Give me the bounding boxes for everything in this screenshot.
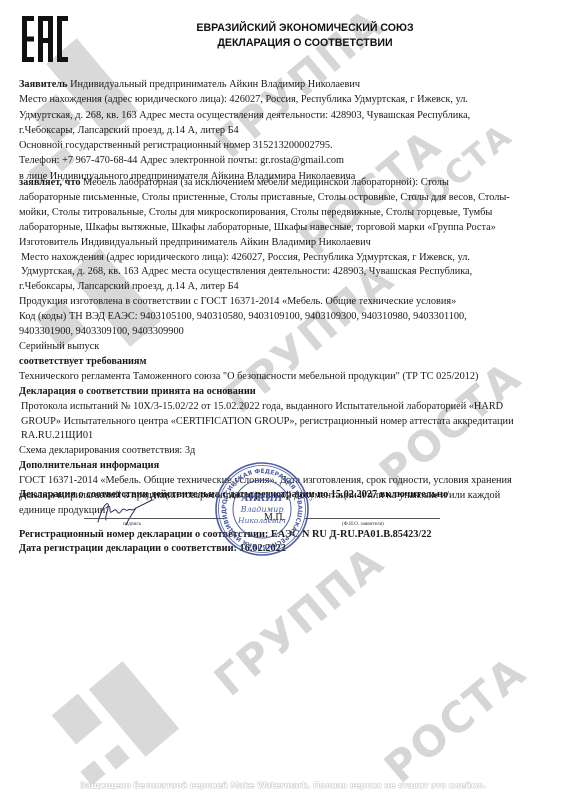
applicant-contacts: Телефон: +7 967-470-68-44 Адрес электрон… [19,153,549,168]
document-header: ЕВРАЗИЙСКИЙ ЭКОНОМИЧЕСКИЙ СОЮЗ ДЕКЛАРАЦИ… [140,21,470,51]
applicant-address-line: Место нахождения (адрес юридического лиц… [19,92,549,107]
manufacturer: Изготовитель Индивидуальный предпринимат… [19,236,549,251]
manufacturer-address-line: Место нахождения (адрес юридического лиц… [19,251,549,266]
declares-label: заявляет, что [19,177,81,188]
document-content: ЕВРАЗИЙСКИЙ ЭКОНОМИЧЕСКИЙ СОЮЗ ДЕКЛАРАЦИ… [0,0,566,800]
signature-line [84,518,224,519]
name-line [305,518,440,519]
product-line: лабораторные письменные, Столы пристенны… [19,191,549,206]
declaration-page: ГРУППА РОСТА ГРУППА РОСТА ГРУППА РОСТА Р… [0,0,566,800]
signature-caption: подпись [123,521,141,527]
applicant-address-line: Удмуртская, д. 268, кв. 163 Адрес места … [19,108,549,123]
stamp-center-line: АЙКИН [240,491,283,504]
header-union-title: ЕВРАЗИЙСКИЙ ЭКОНОМИЧЕСКИЙ СОЮЗ [140,21,470,36]
applicant-address-line: г.Чебоксары, Лапсарский проезд, д.14 А, … [19,123,549,138]
manufacturer-address-line: г.Чебоксары, Лапсарский проезд, д.14 А, … [19,280,549,295]
declaration-scheme: Схема декларирования соответствия: 3д [19,444,549,459]
product-line: Мебель лабораторная (за исключением мебе… [81,177,449,188]
release-type: Серийный выпуск [19,340,549,355]
manufacturer-address-line: Удмуртская, д. 268, кв. 163 Адрес места … [19,265,549,280]
applicant-section: Заявитель Индивидуальный предприниматель… [19,77,549,184]
product-line: лабораторные, Шкафы вытяжные, Шкафы лабо… [19,221,549,236]
basis-line: Протокола испытаний № 10Х/3-15.02/22 от … [19,400,549,415]
stamp-center-line: Николаевич [237,516,286,525]
complies-label: соответствует требованиям [19,355,549,370]
basis-line: GROUP» Испытательного центра «CERTIFICAT… [19,415,549,430]
regulation: Технического регламента Таможенного союз… [19,370,549,385]
header-document-title: ДЕКЛАРАЦИЯ О СООТВЕТСТВИИ [140,36,470,51]
official-stamp-icon: РОССИЙСКАЯ ФЕДЕРАЦИЯ ЧУВАШСКАЯ РЕСПУБЛИК… [214,461,310,557]
stamp-center-line: Владимир [240,505,284,514]
hs-codes-line: Код (коды) ТН ВЭД ЕАЭС: 9403105100, 9403… [19,310,549,325]
basis-line: RA.RU.21ЩИ01 [19,429,549,444]
applicant-label: Заявитель [19,79,68,90]
eac-logo-icon [21,16,69,62]
product-standard: Продукция изготовлена в соответствии с Г… [19,295,549,310]
hs-codes-line: 9403301900, 9403309100, 9403309900 [19,325,549,340]
product-line: мойки, Столы титровальные, Столы для мик… [19,206,549,221]
applicant-ogrn: Основной государственный регистрационный… [19,138,549,153]
applicant-name: Индивидуальный предприниматель Айкин Вла… [68,79,361,90]
name-caption: (Ф.И.О. заявителя) [342,521,384,527]
basis-label: Декларация о соответствии принята на осн… [19,385,549,400]
